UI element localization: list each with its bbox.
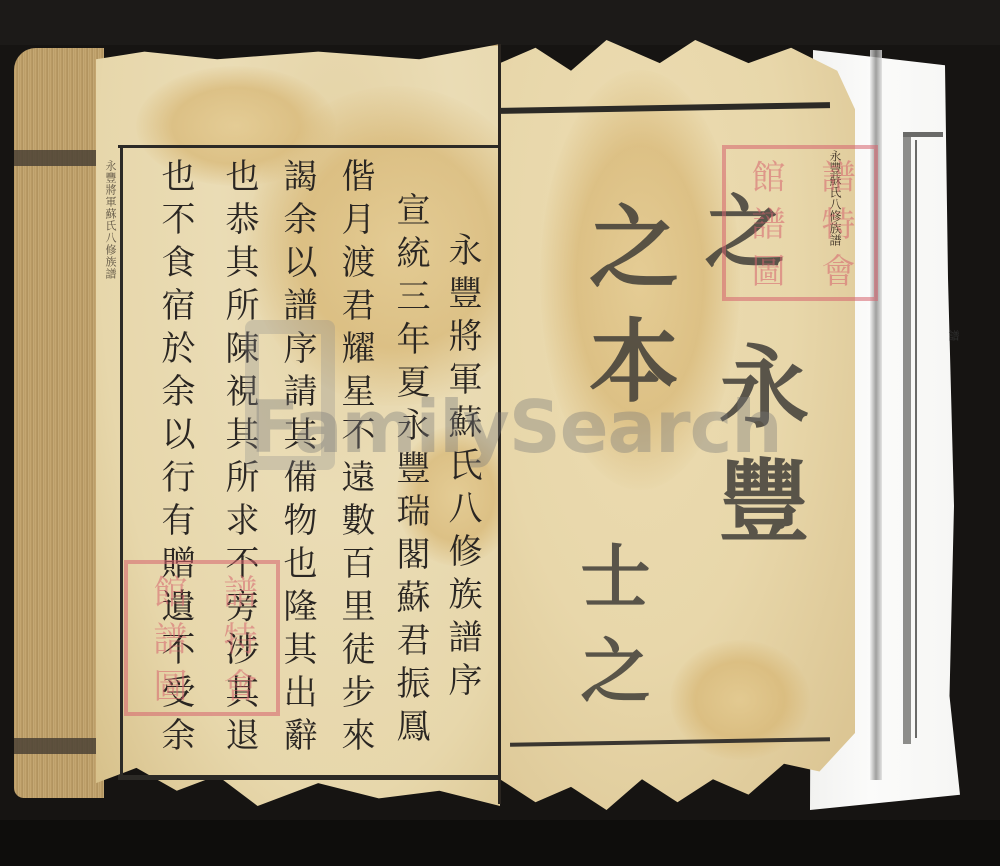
edge-band [14,150,104,166]
red-seal-stamp: 譜 特 會 館 譜 圖 [124,560,280,716]
page-frame-top [118,145,500,148]
white-page-frame-inner [915,140,917,738]
text-column-2: 宣統三年夏永豐瑞閣蘇君振鳳 [393,192,427,751]
white-page-frame-top [903,132,943,137]
red-seal-stamp: 譜 特 會 館 譜 圖 [722,145,878,301]
watermark-text: FamilySearch [250,385,782,469]
white-page-frame [903,132,911,744]
background-top [0,0,1000,45]
white-page-label: 譜 [945,330,961,341]
title-large-column-3: 士之 [560,540,661,728]
background-bottom [0,820,1000,866]
